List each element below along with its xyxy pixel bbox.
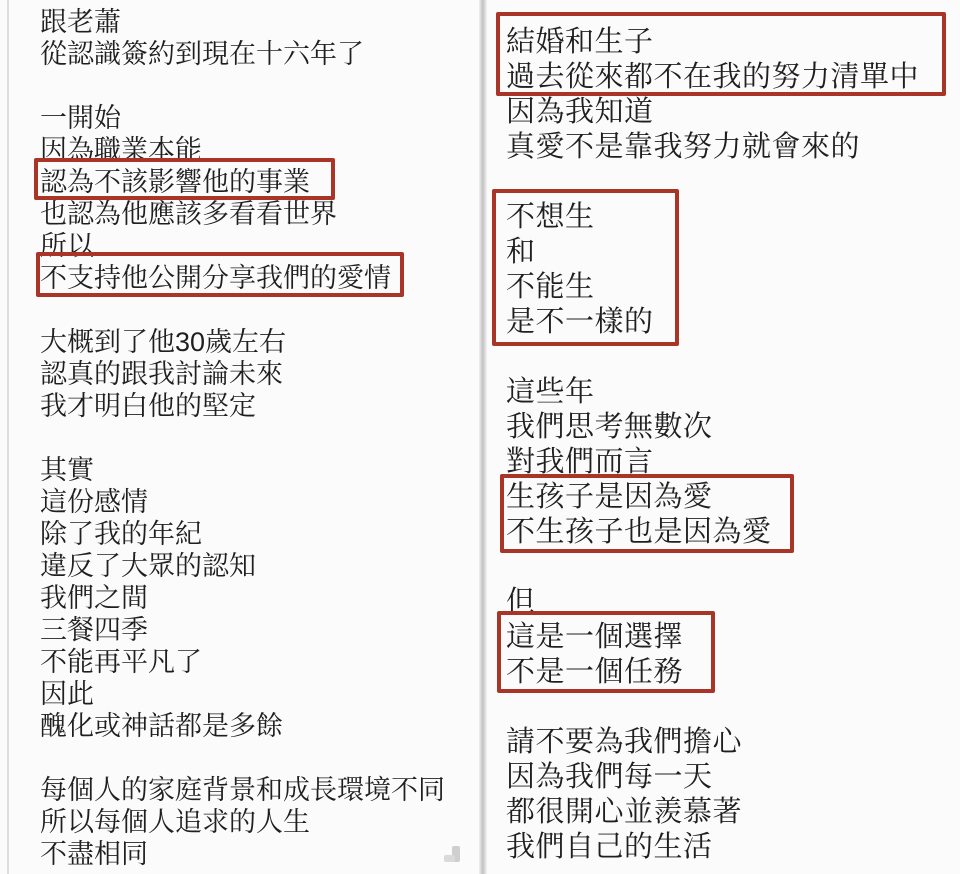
text-line: 所以每個人追求的人生: [40, 806, 479, 838]
text-lines-right: 結婚和生子過去從來都不在我的努力清單中因為我知道真愛不是靠我努力就會來的 不想生…: [506, 25, 960, 865]
text-line: 三餐四季: [40, 614, 479, 646]
text-line: 對我們而言: [506, 445, 960, 480]
text-line: 不是一個任務: [506, 655, 960, 690]
text-line: 不生孩子也是因為愛: [506, 515, 960, 550]
text-line: 這份感情: [40, 486, 479, 518]
text-line: 這是一個選擇: [506, 620, 960, 655]
text-line: 是不一樣的: [506, 305, 960, 340]
text-line: 我們之間: [40, 582, 479, 614]
text-line: 醜化或神話都是多餘: [40, 710, 479, 742]
text-line: 生孩子是因為愛: [506, 480, 960, 515]
text-line: 違反了大眾的認知: [40, 550, 479, 582]
text-line: [506, 690, 960, 725]
text-line: 因為我們每一天: [506, 760, 960, 795]
text-line: [506, 165, 960, 200]
text-lines-left: 跟老蕭從認識簽約到現在十六年了 一開始因為職業本能認為不該影響他的事業也認為他應…: [40, 6, 479, 870]
text-line: 不能再平凡了: [40, 646, 479, 678]
column-divider-line: [479, 0, 487, 874]
text-line: [40, 294, 479, 326]
stitched-screenshot-collage: 跟老蕭從認識簽約到現在十六年了 一開始因為職業本能認為不該影響他的事業也認為他應…: [0, 0, 960, 874]
text-line: 認為不該影響他的事業: [40, 166, 479, 198]
text-line: 但: [506, 585, 960, 620]
text-line: [40, 70, 479, 102]
text-line: 因此: [40, 678, 479, 710]
text-line: [40, 742, 479, 774]
text-line: 我才明白他的堅定: [40, 390, 479, 422]
text-line: 我們思考無數次: [506, 410, 960, 445]
text-line: 我們自己的生活: [506, 830, 960, 865]
text-line: 每個人的家庭背景和成長環境不同: [40, 774, 479, 806]
text-line: 真愛不是靠我努力就會來的: [506, 130, 960, 165]
text-line: 除了我的年紀: [40, 518, 479, 550]
text-line: 這些年: [506, 375, 960, 410]
text-line: [40, 422, 479, 454]
text-line: [506, 550, 960, 585]
page-curl-icon: [443, 845, 461, 863]
text-line: 一開始: [40, 102, 479, 134]
text-line: 因為職業本能: [40, 134, 479, 166]
screenshot-column-left: 跟老蕭從認識簽約到現在十六年了 一開始因為職業本能認為不該影響他的事業也認為他應…: [0, 0, 479, 874]
text-line: 過去從來都不在我的努力清單中: [506, 60, 960, 95]
screenshot-column-right: 結婚和生子過去從來都不在我的努力清單中因為我知道真愛不是靠我努力就會來的 不想生…: [487, 0, 960, 874]
text-line: 認真的跟我討論未來: [40, 358, 479, 390]
text-line: 大概到了他30歲左右: [40, 326, 479, 358]
text-line: 和: [506, 235, 960, 270]
text-line: 都很開心並羨慕著: [506, 795, 960, 830]
text-line: 不想生: [506, 200, 960, 235]
text-line: [506, 340, 960, 375]
text-line: 從認識簽約到現在十六年了: [40, 38, 479, 70]
text-line: 也認為他應該多看看世界: [40, 198, 479, 230]
text-line: 不盡相同: [40, 838, 479, 870]
text-line: 請不要為我們擔心: [506, 725, 960, 760]
text-line: 不能生: [506, 270, 960, 305]
text-line: 跟老蕭: [40, 6, 479, 38]
text-line: 因為我知道: [506, 95, 960, 130]
text-line: 結婚和生子: [506, 25, 960, 60]
text-line: 其實: [40, 454, 479, 486]
text-line: 所以: [40, 230, 479, 262]
text-line: 不支持他公開分享我們的愛情: [40, 262, 479, 294]
